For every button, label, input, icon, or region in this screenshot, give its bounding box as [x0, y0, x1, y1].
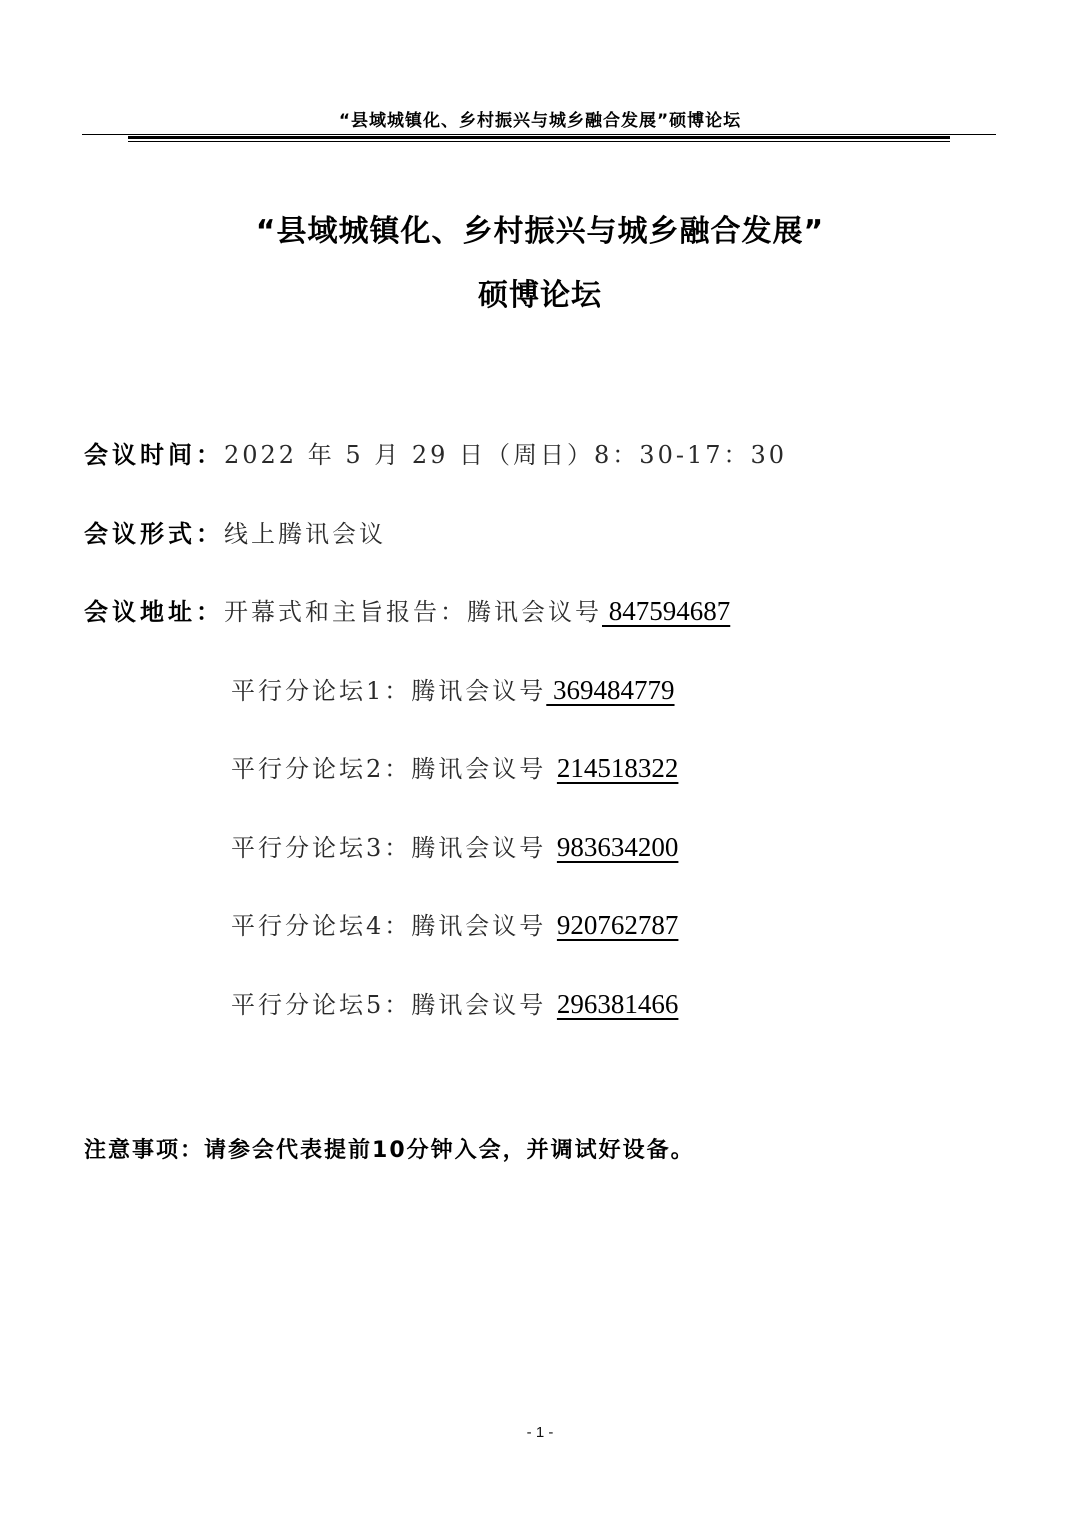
sub-forum-5-row: 平行分论坛5：腾讯会议号 296381466 — [231, 985, 678, 1020]
sub-forum-2-meeting-id[interactable]: 214518322 — [557, 753, 679, 783]
meeting-time-label: 会议时间： — [84, 441, 224, 469]
sub-forum-4-name: 平行分论坛4：腾讯会议号 — [231, 912, 557, 940]
sub-forum-4-meeting-id[interactable]: 920762787 — [557, 910, 679, 940]
meeting-format-row: 会议形式：线上腾讯会议 — [84, 514, 386, 549]
sub-forum-1-row: 平行分论坛1：腾讯会议号 369484779 — [231, 671, 675, 706]
header-rule-thin — [82, 134, 996, 135]
meeting-address-row: 会议地址：开幕式和主旨报告：腾讯会议号 847594687 — [84, 592, 730, 627]
meeting-time-row: 会议时间：2022 年 5 月 29 日（周日）8：30-17：30 — [84, 435, 787, 470]
notice-text: 请参会代表提前10分钟入会，并调试好设备。 — [204, 1138, 695, 1163]
sub-forum-2-row: 平行分论坛2：腾讯会议号 214518322 — [231, 749, 678, 784]
running-header: “县域城镇化、乡村振兴与城乡融合发展”硕博论坛 — [0, 106, 1080, 131]
notice-label: 注意事项： — [84, 1138, 204, 1163]
header-rule-thick — [128, 136, 950, 139]
header-rule-thin-bottom — [128, 141, 950, 142]
sub-forum-4-row: 平行分论坛4：腾讯会议号 920762787 — [231, 906, 678, 941]
sub-forum-5-meeting-id[interactable]: 296381466 — [557, 989, 679, 1019]
document-title: “县域城镇化、乡村振兴与城乡融合发展” — [0, 206, 1080, 250]
opening-session-name: 开幕式和主旨报告：腾讯会议号 — [224, 598, 602, 626]
sub-forum-1-meeting-id[interactable]: 369484779 — [546, 675, 674, 705]
meeting-address-label: 会议地址： — [84, 598, 224, 626]
sub-forum-3-meeting-id[interactable]: 983634200 — [557, 832, 679, 862]
meeting-format-label: 会议形式： — [84, 520, 224, 548]
opening-session-meeting-id[interactable]: 847594687 — [602, 596, 730, 626]
document-subtitle: 硕博论坛 — [0, 270, 1080, 314]
sub-forum-3-name: 平行分论坛3：腾讯会议号 — [231, 834, 557, 862]
sub-forum-5-name: 平行分论坛5：腾讯会议号 — [231, 991, 557, 1019]
meeting-time-value: 2022 年 5 月 29 日（周日）8：30-17：30 — [224, 441, 787, 469]
page-number: - 1 - — [0, 1424, 1080, 1441]
notice-row: 注意事项：请参会代表提前10分钟入会，并调试好设备。 — [84, 1133, 695, 1164]
sub-forum-1-name: 平行分论坛1：腾讯会议号 — [231, 677, 546, 705]
meeting-format-value: 线上腾讯会议 — [224, 520, 386, 548]
sub-forum-3-row: 平行分论坛3：腾讯会议号 983634200 — [231, 828, 678, 863]
sub-forum-2-name: 平行分论坛2：腾讯会议号 — [231, 755, 557, 783]
